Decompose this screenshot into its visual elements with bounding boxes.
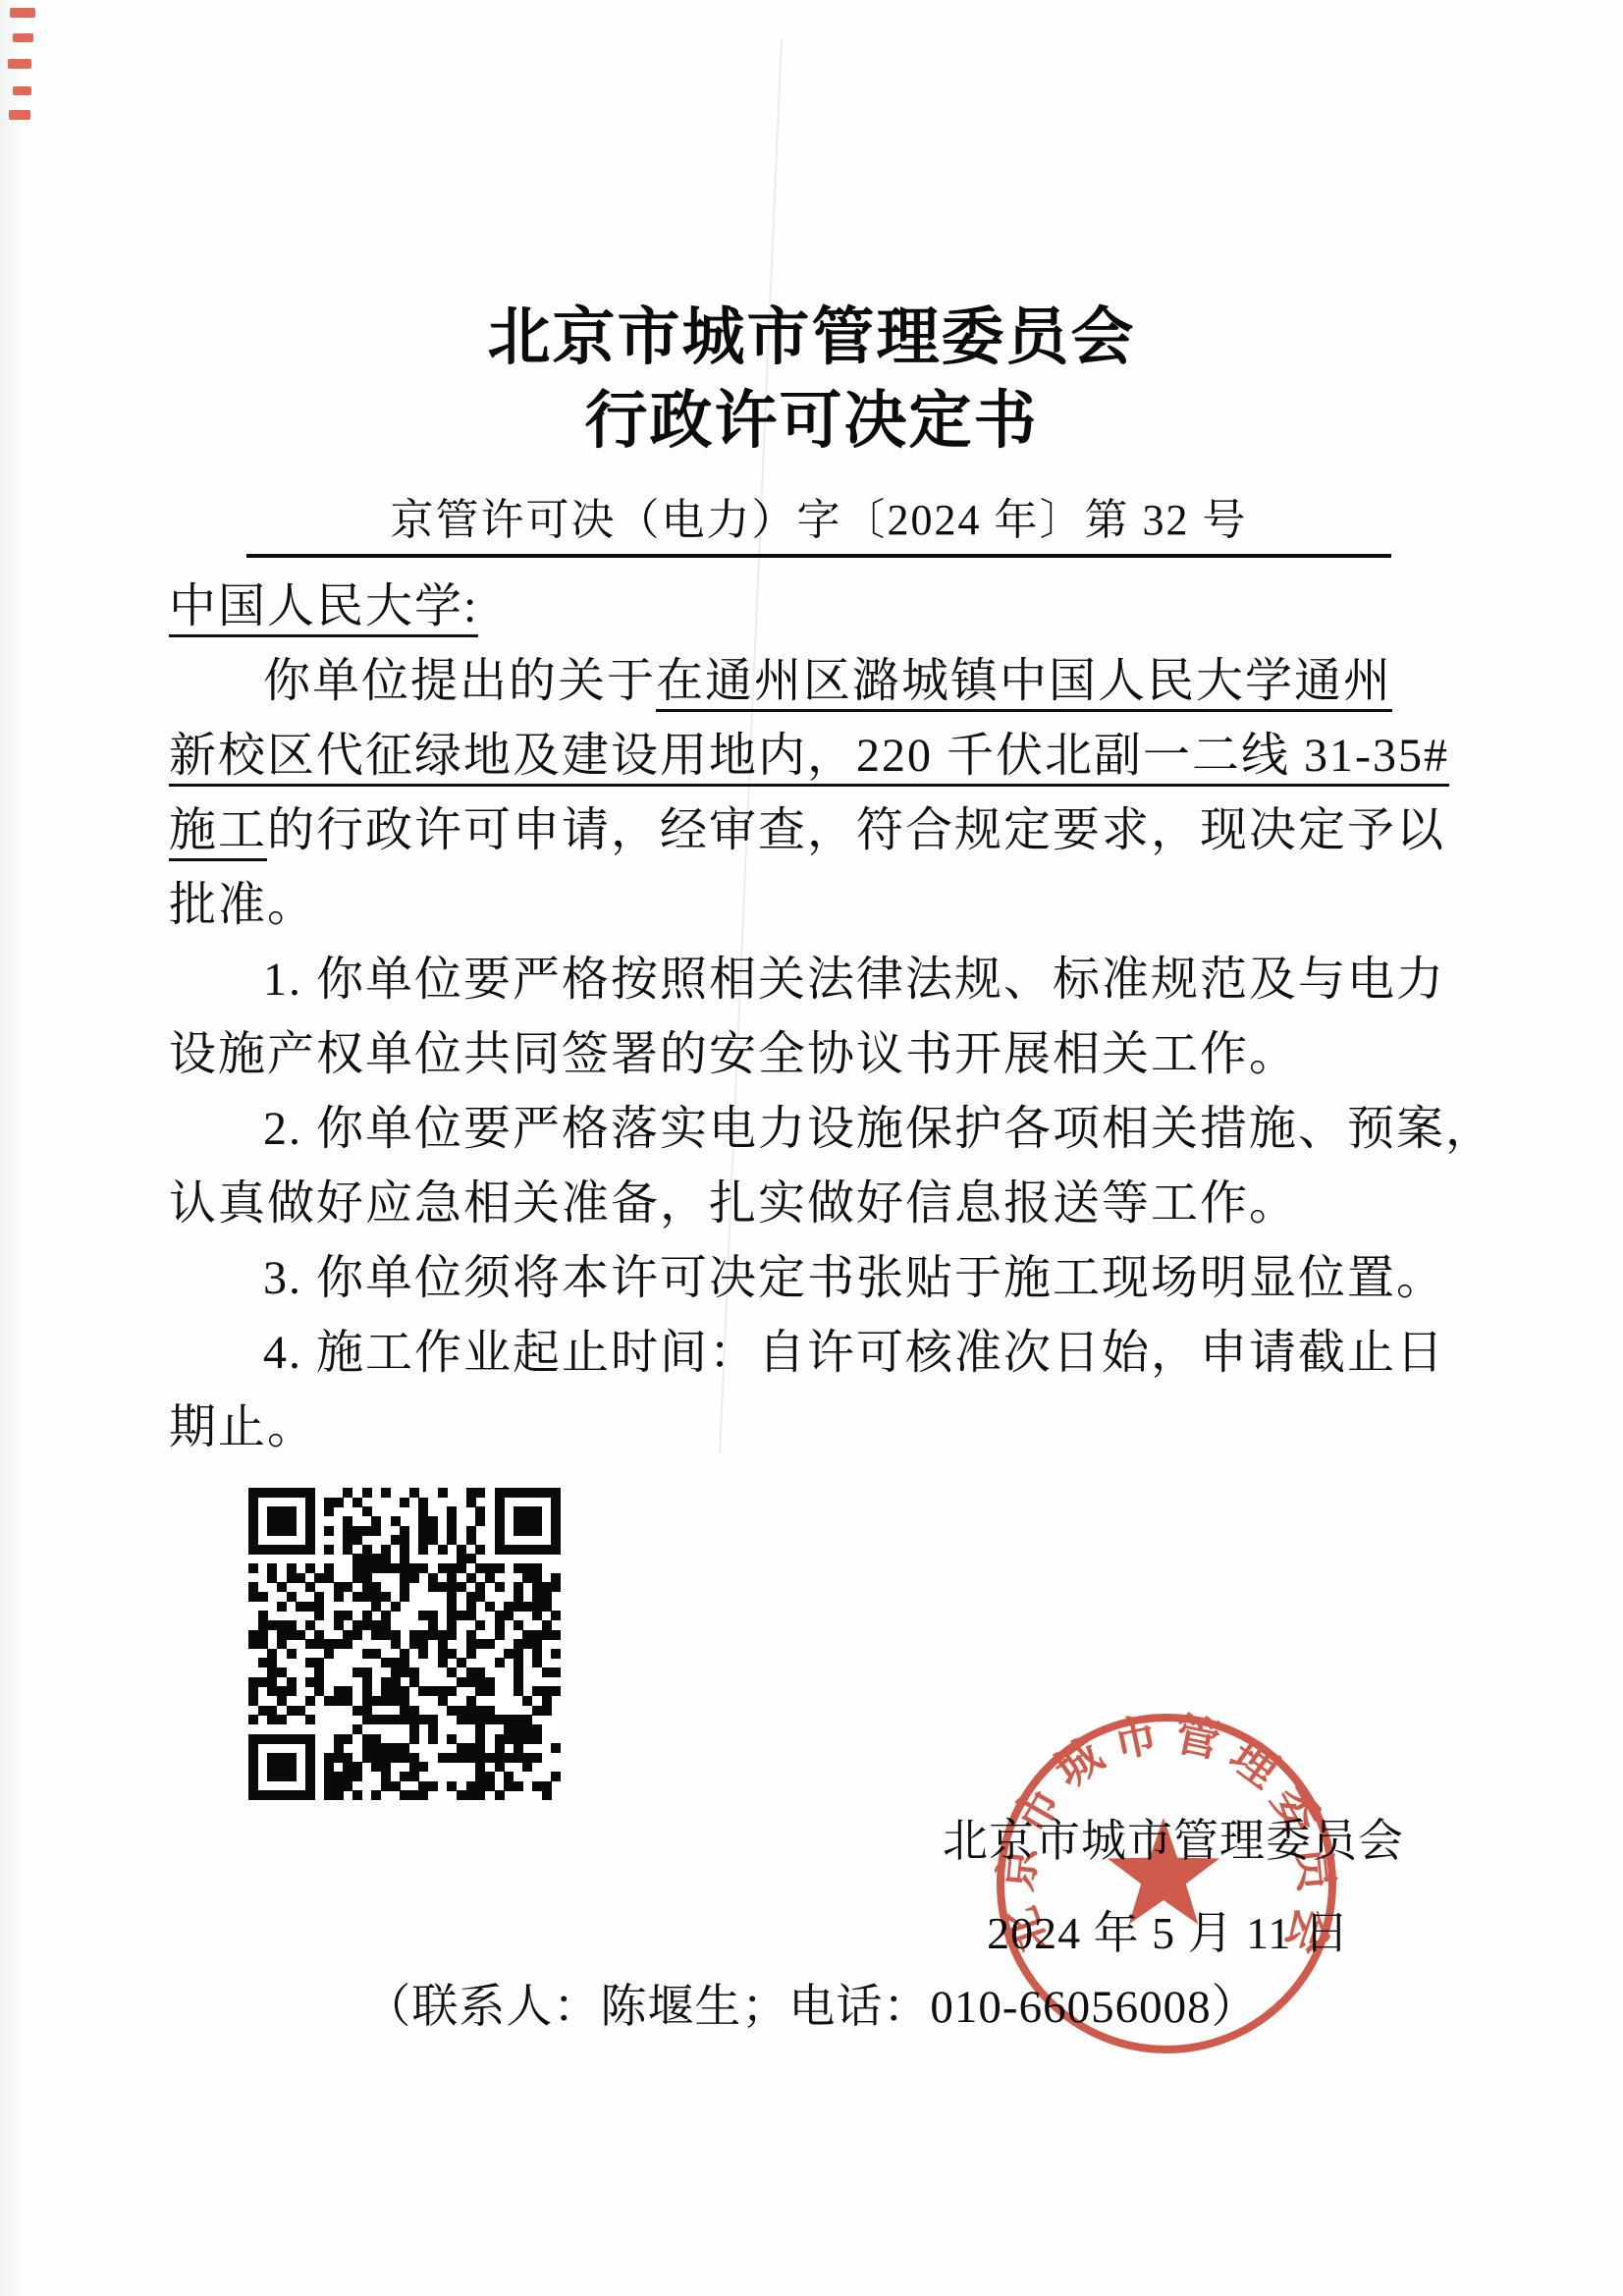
document-title-line1: 北京市城市管理委员会 [0, 287, 1623, 377]
paragraph1-rest: 的行政许可申请，经审查，符合规定要求，现决定予以 [267, 804, 1445, 856]
paragraph1-lead: 你单位提出的关于 [263, 655, 656, 707]
document-number: 京管许可决（电力）字〔2024 年〕第 32 号 [391, 496, 1248, 544]
paragraph1-underlined-c: 施工 [169, 804, 267, 861]
paragraph1-end: 批准。 [169, 879, 316, 931]
scanned-permit-document: 北京市城市管理委员会 行政许可决定书 京管许可决（电力）字〔2024 年〕第 3… [0, 0, 1623, 2296]
item2-line1: 2. 你单位要严格落实电力设施保护各项相关措施、预案， [169, 1092, 1494, 1167]
paragraph1-underlined-b: 新校区代征绿地及建设用地内，220 千伏北副一二线 31-35# [169, 730, 1449, 787]
salutation: 中国人民大学: [169, 580, 478, 637]
item4-line1: 4. 施工作业起止时间：自许可核准次日始，申请截止日 [169, 1316, 1445, 1391]
item3-line: 3. 你单位须将本许可决定书张贴于施工现场明显位置。 [169, 1241, 1445, 1316]
official-red-seal: 北京市城市管理委员会 [995, 1712, 1338, 2055]
paragraph1-line4: 批准。 [169, 868, 316, 943]
item2-line2: 认真做好应急相关准备，扎实做好信息报送等工作。 [169, 1167, 1298, 1241]
document-number-line: 京管许可决（电力）字〔2024 年〕第 32 号 [246, 491, 1391, 558]
qr-code [248, 1488, 561, 1800]
contact-info: （联系人：陈堰生；电话：010-66056008） [0, 1970, 1623, 2036]
document-title-line2: 行政许可决定书 [0, 370, 1623, 461]
seal-star [1108, 1818, 1219, 1925]
paragraph1-underlined-a: 在通州区潞城镇中国人民大学通州 [656, 655, 1392, 712]
item4-line2: 期止。 [169, 1391, 316, 1465]
paragraph1-line2: 新校区代征绿地及建设用地内，220 千伏北副一二线 31-35# [169, 719, 1449, 793]
item1-line1: 1. 你单位要严格按照相关法律法规、标准规范及与电力 [169, 943, 1445, 1017]
item1-line2: 设施产权单位共同签署的安全协议书开展相关工作。 [169, 1017, 1298, 1092]
paragraph1-line1: 你单位提出的关于在通州区潞城镇中国人民大学通州 [169, 644, 1392, 719]
paragraph1-line3: 施工的行政许可申请，经审查，符合规定要求，现决定予以 [169, 793, 1445, 868]
salutation-line: 中国人民大学: [169, 570, 478, 644]
